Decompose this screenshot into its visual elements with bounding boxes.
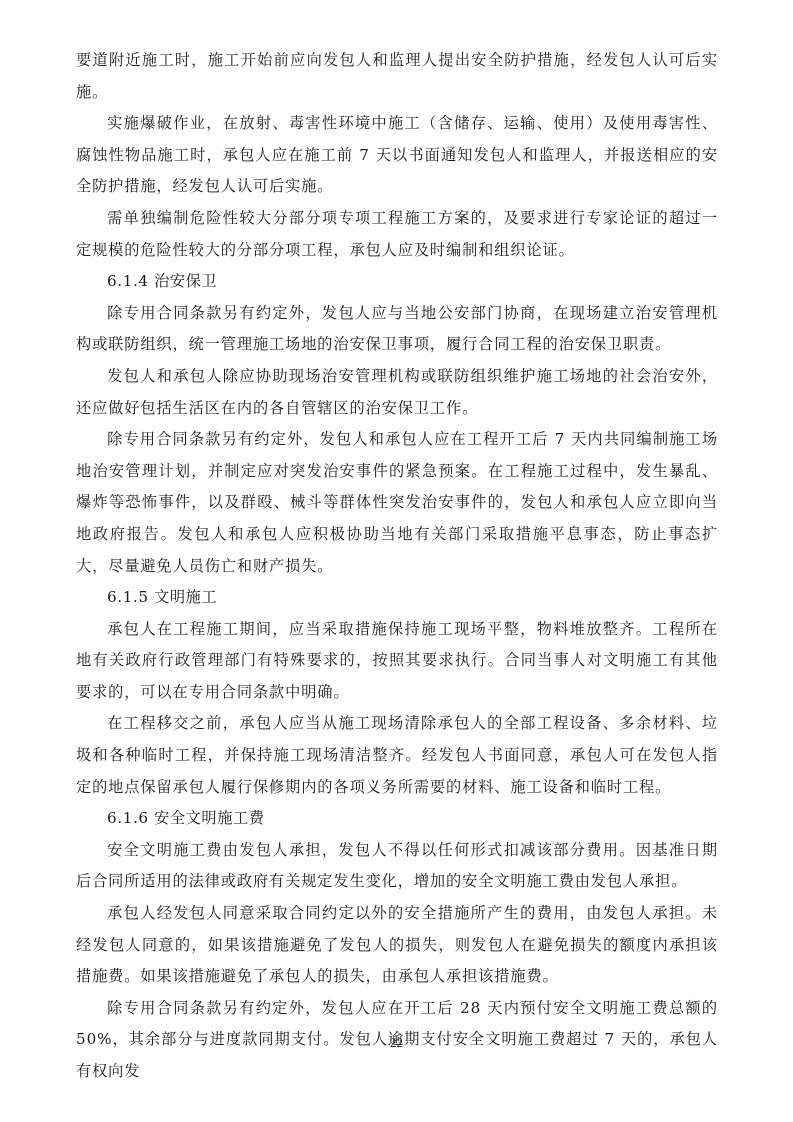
document-page: 要道附近施工时，施工开始前应向发包人和监理人提出安全防护措施，经发包人认可后实施… [76,45,718,1088]
paragraph-extra-safety-measures: 承包人经发包人同意采取合同约定以外的安全措施所产生的费用，由发包人承担。未经发包… [76,898,718,993]
paragraph-security-organization: 除专用合同条款另有约定外，发包人应与当地公安部门协商，在现场建立治安管理机构或联… [76,298,718,361]
page-number: 22 [0,1035,793,1051]
paragraph-civilized-construction: 承包人在工程施工期间，应当采取措施保持施工现场平整，物料堆放整齐。工程所在地有关… [76,614,718,709]
section-heading-6-1-6: 6.1.6 安全文明施工费 [76,803,718,835]
section-heading-6-1-5: 6.1.5 文明施工 [76,582,718,614]
paragraph-hazardous-works: 需单独编制危险性较大分部分项专项工程施工方案的，及要求进行专家论证的超过一定规模… [76,203,718,266]
paragraph-security-cooperation: 发包人和承包人除应协助现场治安管理机构或联防组织维护施工场地的社会治安外，还应做… [76,361,718,424]
paragraph-site-clearance: 在工程移交之前，承包人应当从施工现场清除承包人的全部工程设备、多余材料、垃圾和各… [76,708,718,803]
paragraph-safety-fee-burden: 安全文明施工费由发包人承担，发包人不得以任何形式扣减该部分费用。因基准日期后合同… [76,835,718,898]
paragraph-emergency-plan: 除专用合同条款另有约定外，发包人和承包人应在工程开工后 7 天内共同编制施工场地… [76,424,718,582]
section-heading-6-1-4: 6.1.4 治安保卫 [76,266,718,298]
paragraph-continuation: 要道附近施工时，施工开始前应向发包人和监理人提出安全防护措施，经发包人认可后实施… [76,45,718,108]
paragraph-blasting-notice: 实施爆破作业，在放射、毒害性环境中施工（含储存、运输、使用）及使用毒害性、腐蚀性… [76,108,718,203]
